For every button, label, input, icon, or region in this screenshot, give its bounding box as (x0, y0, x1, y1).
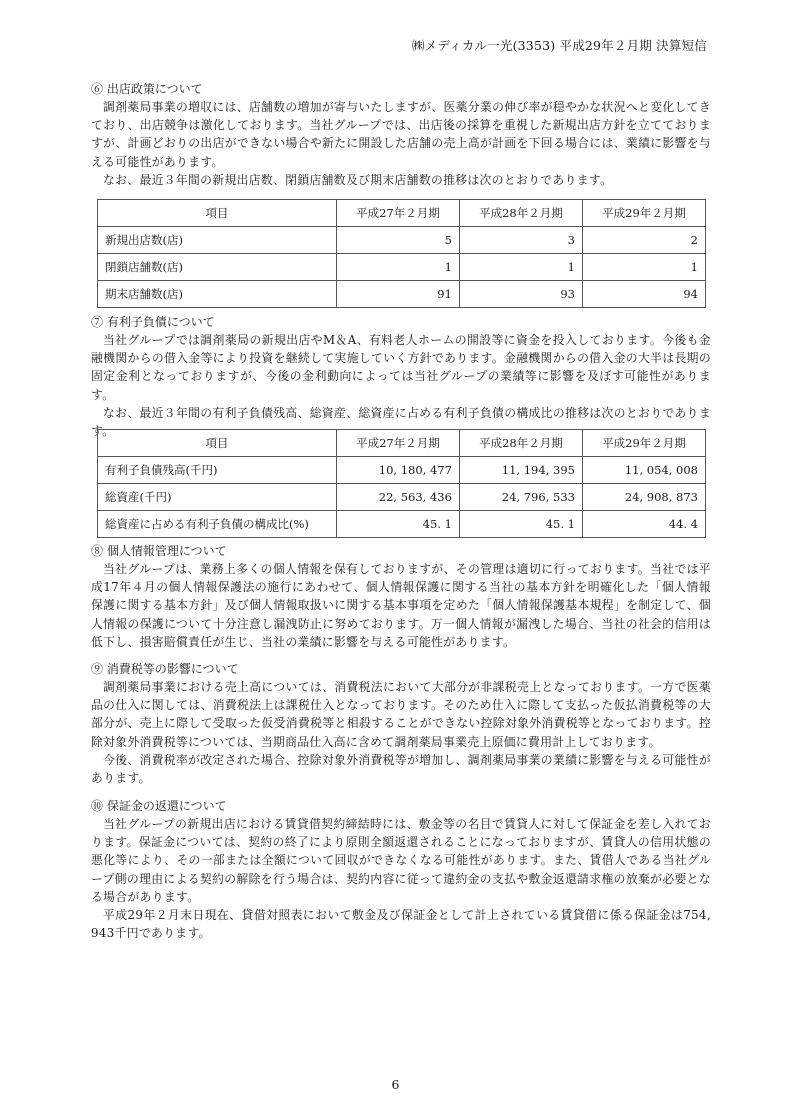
paragraph: 調剤薬局事業の増収には、店舗数の増加が寄与いたしますが、医薬分業の伸び率が穏やか… (91, 98, 711, 171)
table-row: 新規出店数(店) 5 3 2 (98, 227, 706, 254)
cell-value: 11, 194, 395 (459, 457, 582, 484)
section-body-personal-info: 当社グループは、業務上多くの個人情報を保有しておりますが、その管理は適切に行って… (91, 560, 711, 651)
cell-value: 3 (459, 227, 582, 254)
column-header: 平成29年２月期 (582, 430, 705, 457)
paragraph: なお、最近３年間の新規出店数、閉鎖店舗数及び期末店舗数の推移は次のとおりでありま… (91, 171, 711, 189)
column-header: 平成29年２月期 (582, 200, 705, 227)
section-title-store-policy: ⑥ 出店政策について (91, 80, 203, 97)
document-header: ㈱メディカル一光(3353) 平成29年２月期 決算短信 (412, 36, 707, 54)
cell-value: 45. 1 (336, 511, 459, 538)
table-row: 有利子負債残高(千円) 10, 180, 477 11, 194, 395 11… (98, 457, 706, 484)
row-label: 閉鎖店舗数(店) (98, 254, 337, 281)
cell-value: 5 (336, 227, 459, 254)
table-row: 期末店舗数(店) 91 93 94 (98, 281, 706, 308)
cell-value: 1 (336, 254, 459, 281)
column-header: 平成27年２月期 (336, 200, 459, 227)
column-header: 平成28年２月期 (459, 200, 582, 227)
paragraph: 今後、消費税率が改定された場合、控除対象外消費税等が増加し、調剤薬局事業の業績に… (91, 751, 711, 787)
row-label: 新規出店数(店) (98, 227, 337, 254)
cell-value: 1 (582, 254, 705, 281)
table-row: 総資産に占める有利子負債の構成比(%) 45. 1 45. 1 44. 4 (98, 511, 706, 538)
store-count-table: 項目 平成27年２月期 平成28年２月期 平成29年２月期 新規出店数(店) 5… (97, 199, 706, 308)
cell-value: 22, 563, 436 (336, 484, 459, 511)
section-body-consumption-tax: 調剤薬局事業における売上高については、消費税法において大部分が非課税売上となって… (91, 678, 711, 787)
section-title-interest-bearing-debt: ⑦ 有利子負債について (91, 313, 215, 330)
cell-value: 44. 4 (582, 511, 705, 538)
section-body-interest-bearing-debt: 当社グループでは調剤薬局の新規出店やM＆A、有料老人ホームの開設等に資金を投入し… (91, 331, 711, 440)
debt-ratio-table: 項目 平成27年２月期 平成28年２月期 平成29年２月期 有利子負債残高(千円… (97, 429, 706, 538)
table-row: 総資産(千円) 22, 563, 436 24, 796, 533 24, 90… (98, 484, 706, 511)
table-row: 閉鎖店舗数(店) 1 1 1 (98, 254, 706, 281)
row-label: 総資産(千円) (98, 484, 337, 511)
section-body-store-policy: 調剤薬局事業の増収には、店舗数の増加が寄与いたしますが、医薬分業の伸び率が穏やか… (91, 98, 711, 189)
section-body-deposit-return: 当社グループの新規出店における賃貸借契約締結時には、敷金等の名目で賃貸人に対して… (91, 815, 711, 942)
cell-value: 1 (459, 254, 582, 281)
column-header: 項目 (98, 200, 337, 227)
column-header: 平成27年２月期 (336, 430, 459, 457)
cell-value: 10, 180, 477 (336, 457, 459, 484)
cell-value: 93 (459, 281, 582, 308)
row-label: 有利子負債残高(千円) (98, 457, 337, 484)
column-header: 平成28年２月期 (459, 430, 582, 457)
paragraph: 当社グループでは調剤薬局の新規出店やM＆A、有料老人ホームの開設等に資金を投入し… (91, 331, 711, 404)
cell-value: 94 (582, 281, 705, 308)
cell-value: 24, 908, 873 (582, 484, 705, 511)
paragraph: 平成29年２月末日現在、貸借対照表において敷金及び保証金として計上されている賃貸… (91, 906, 711, 942)
table-header-row: 項目 平成27年２月期 平成28年２月期 平成29年２月期 (98, 430, 706, 457)
cell-value: 2 (582, 227, 705, 254)
row-label: 期末店舗数(店) (98, 281, 337, 308)
paragraph: 当社グループの新規出店における賃貸借契約締結時には、敷金等の名目で賃貸人に対して… (91, 815, 711, 906)
section-title-consumption-tax: ⑨ 消費税等の影響について (91, 660, 239, 677)
table-header-row: 項目 平成27年２月期 平成28年２月期 平成29年２月期 (98, 200, 706, 227)
paragraph: 当社グループは、業務上多くの個人情報を保有しておりますが、その管理は適切に行って… (91, 560, 711, 651)
cell-value: 24, 796, 533 (459, 484, 582, 511)
page-number: 6 (0, 1077, 791, 1092)
section-title-deposit-return: ⑩ 保証金の返還について (91, 797, 227, 814)
cell-value: 91 (336, 281, 459, 308)
cell-value: 45. 1 (459, 511, 582, 538)
row-label: 総資産に占める有利子負債の構成比(%) (98, 511, 337, 538)
cell-value: 11, 054, 008 (582, 457, 705, 484)
section-title-personal-info: ⑧ 個人情報管理について (91, 542, 227, 559)
column-header: 項目 (98, 430, 337, 457)
paragraph: 調剤薬局事業における売上高については、消費税法において大部分が非課税売上となって… (91, 678, 711, 751)
